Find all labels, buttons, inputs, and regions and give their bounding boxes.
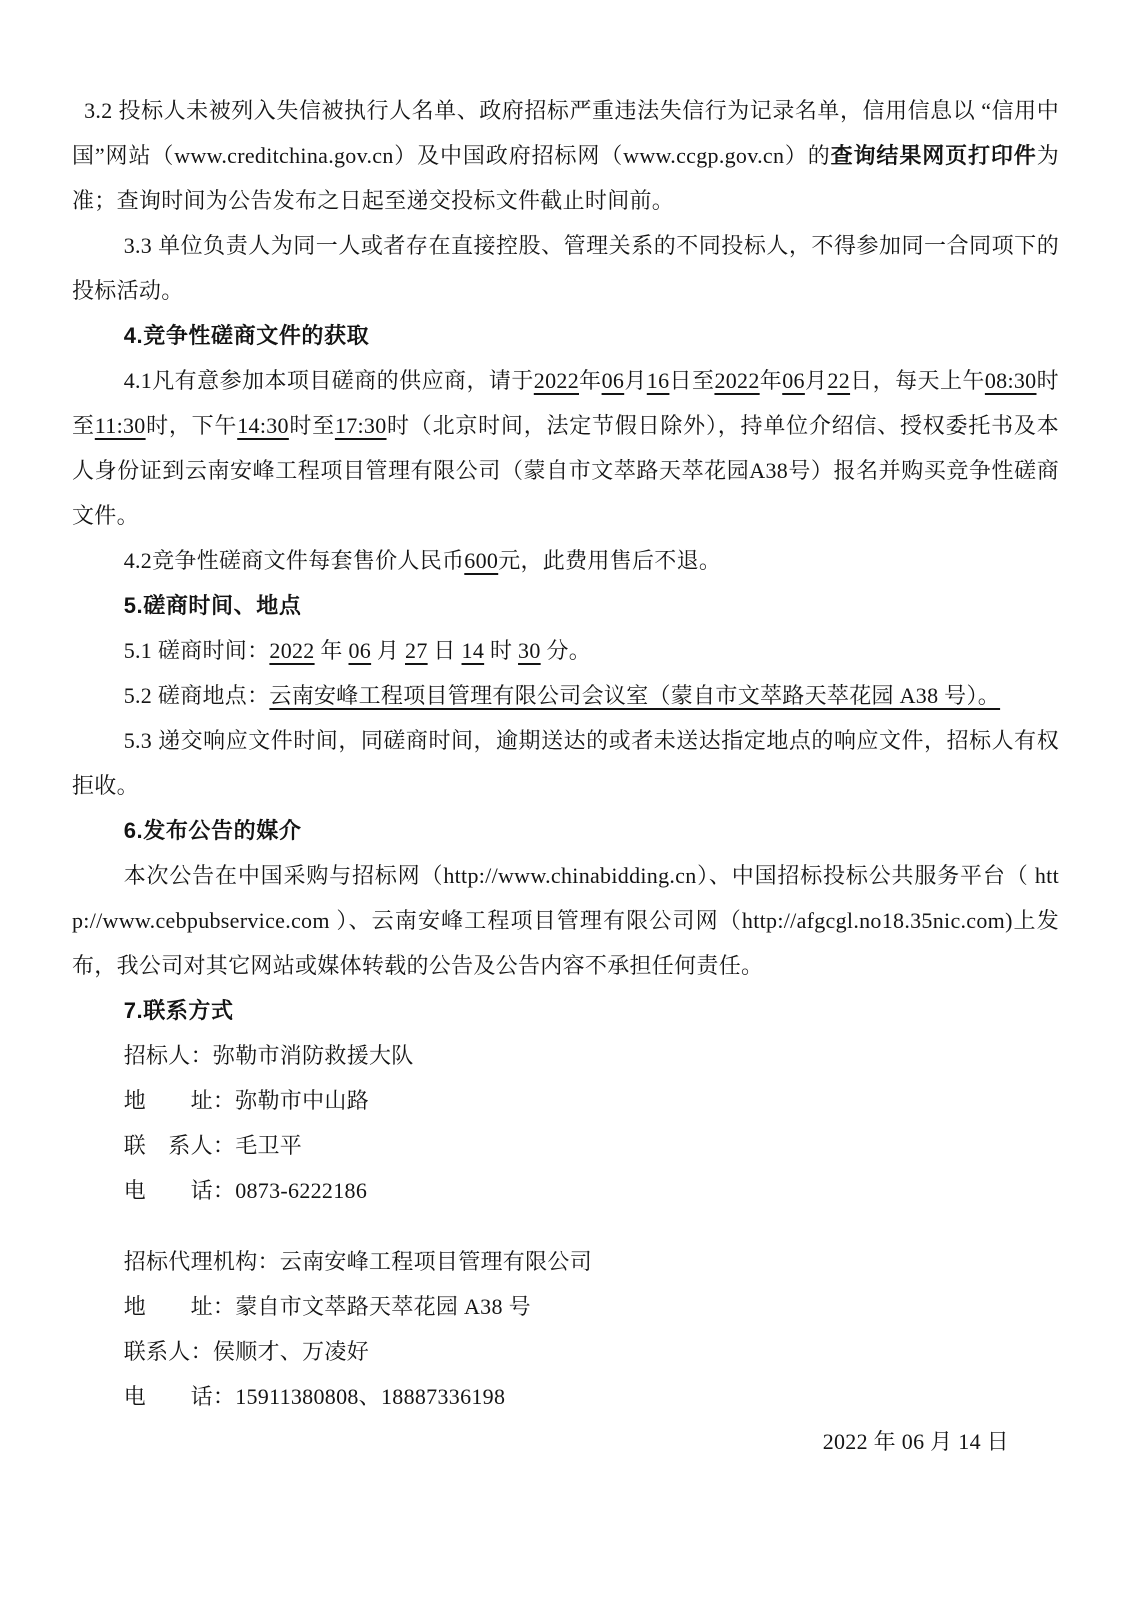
clause-4-1: 4.1凡有意参加本项目磋商的供应商，请于2022年06月16日至2022年06月… xyxy=(72,358,1059,538)
clause-5-1: 5.1 磋商时间：2022 年 06 月 27 日 14 时 30 分。 xyxy=(72,628,1059,673)
clause-4-2: 4.2竞争性磋商文件每套售价人民币600元，此费用售后不退。 xyxy=(72,538,1059,583)
section-heading-5: 5.磋商时间、地点 xyxy=(72,583,1059,628)
bidder-address-line: 地 址：弥勒市中山路 xyxy=(72,1078,1059,1123)
agency-contact-line: 联系人：侯顺才、万凌好 xyxy=(72,1329,1059,1374)
section-heading-7: 7.联系方式 xyxy=(72,988,1059,1033)
agency-address-line: 地 址：蒙自市文萃路天萃花园 A38 号 xyxy=(72,1284,1059,1329)
clause-3-3: 3.3 单位负责人为同一人或者存在直接控股、管理关系的不同投标人，不得参加同一合… xyxy=(72,223,1059,313)
clause-6-media: 本次公告在中国采购与招标网（http://www.chinabidding.cn… xyxy=(72,853,1059,988)
clause-5-3: 5.3 递交响应文件时间，同磋商时间，逾期送达的或者未送达指定地点的响应文件，招… xyxy=(72,718,1059,808)
clause-3-2: 3.2 投标人未被列入失信被执行人名单、政府招标严重违法失信行为记录名单，信用信… xyxy=(72,88,1059,223)
section-heading-6: 6.发布公告的媒介 xyxy=(72,808,1059,853)
bidder-name-line: 招标人：弥勒市消防救援大队 xyxy=(72,1033,1059,1078)
clause-5-2: 5.2 磋商地点：云南安峰工程项目管理有限公司会议室（蒙自市文萃路天萃花园 A3… xyxy=(72,673,1059,718)
bidder-contact-line: 联 系人：毛卫平 xyxy=(72,1123,1059,1168)
bidder-phone-line: 电 话：0873-6222186 xyxy=(72,1168,1059,1213)
document-body: 3.2 投标人未被列入失信被执行人名单、政府招标严重违法失信行为记录名单，信用信… xyxy=(0,0,1131,1464)
document-page: 3.2 投标人未被列入失信被执行人名单、政府招标严重违法失信行为记录名单，信用信… xyxy=(0,0,1131,1600)
agency-phone-line: 电 话：15911380808、18887336198 xyxy=(72,1374,1059,1419)
sign-off-date: 2022 年 06 月 14 日 xyxy=(72,1419,1059,1464)
agency-name-line: 招标代理机构：云南安峰工程项目管理有限公司 xyxy=(72,1239,1059,1284)
section-heading-4: 4.竞争性磋商文件的获取 xyxy=(72,313,1059,358)
